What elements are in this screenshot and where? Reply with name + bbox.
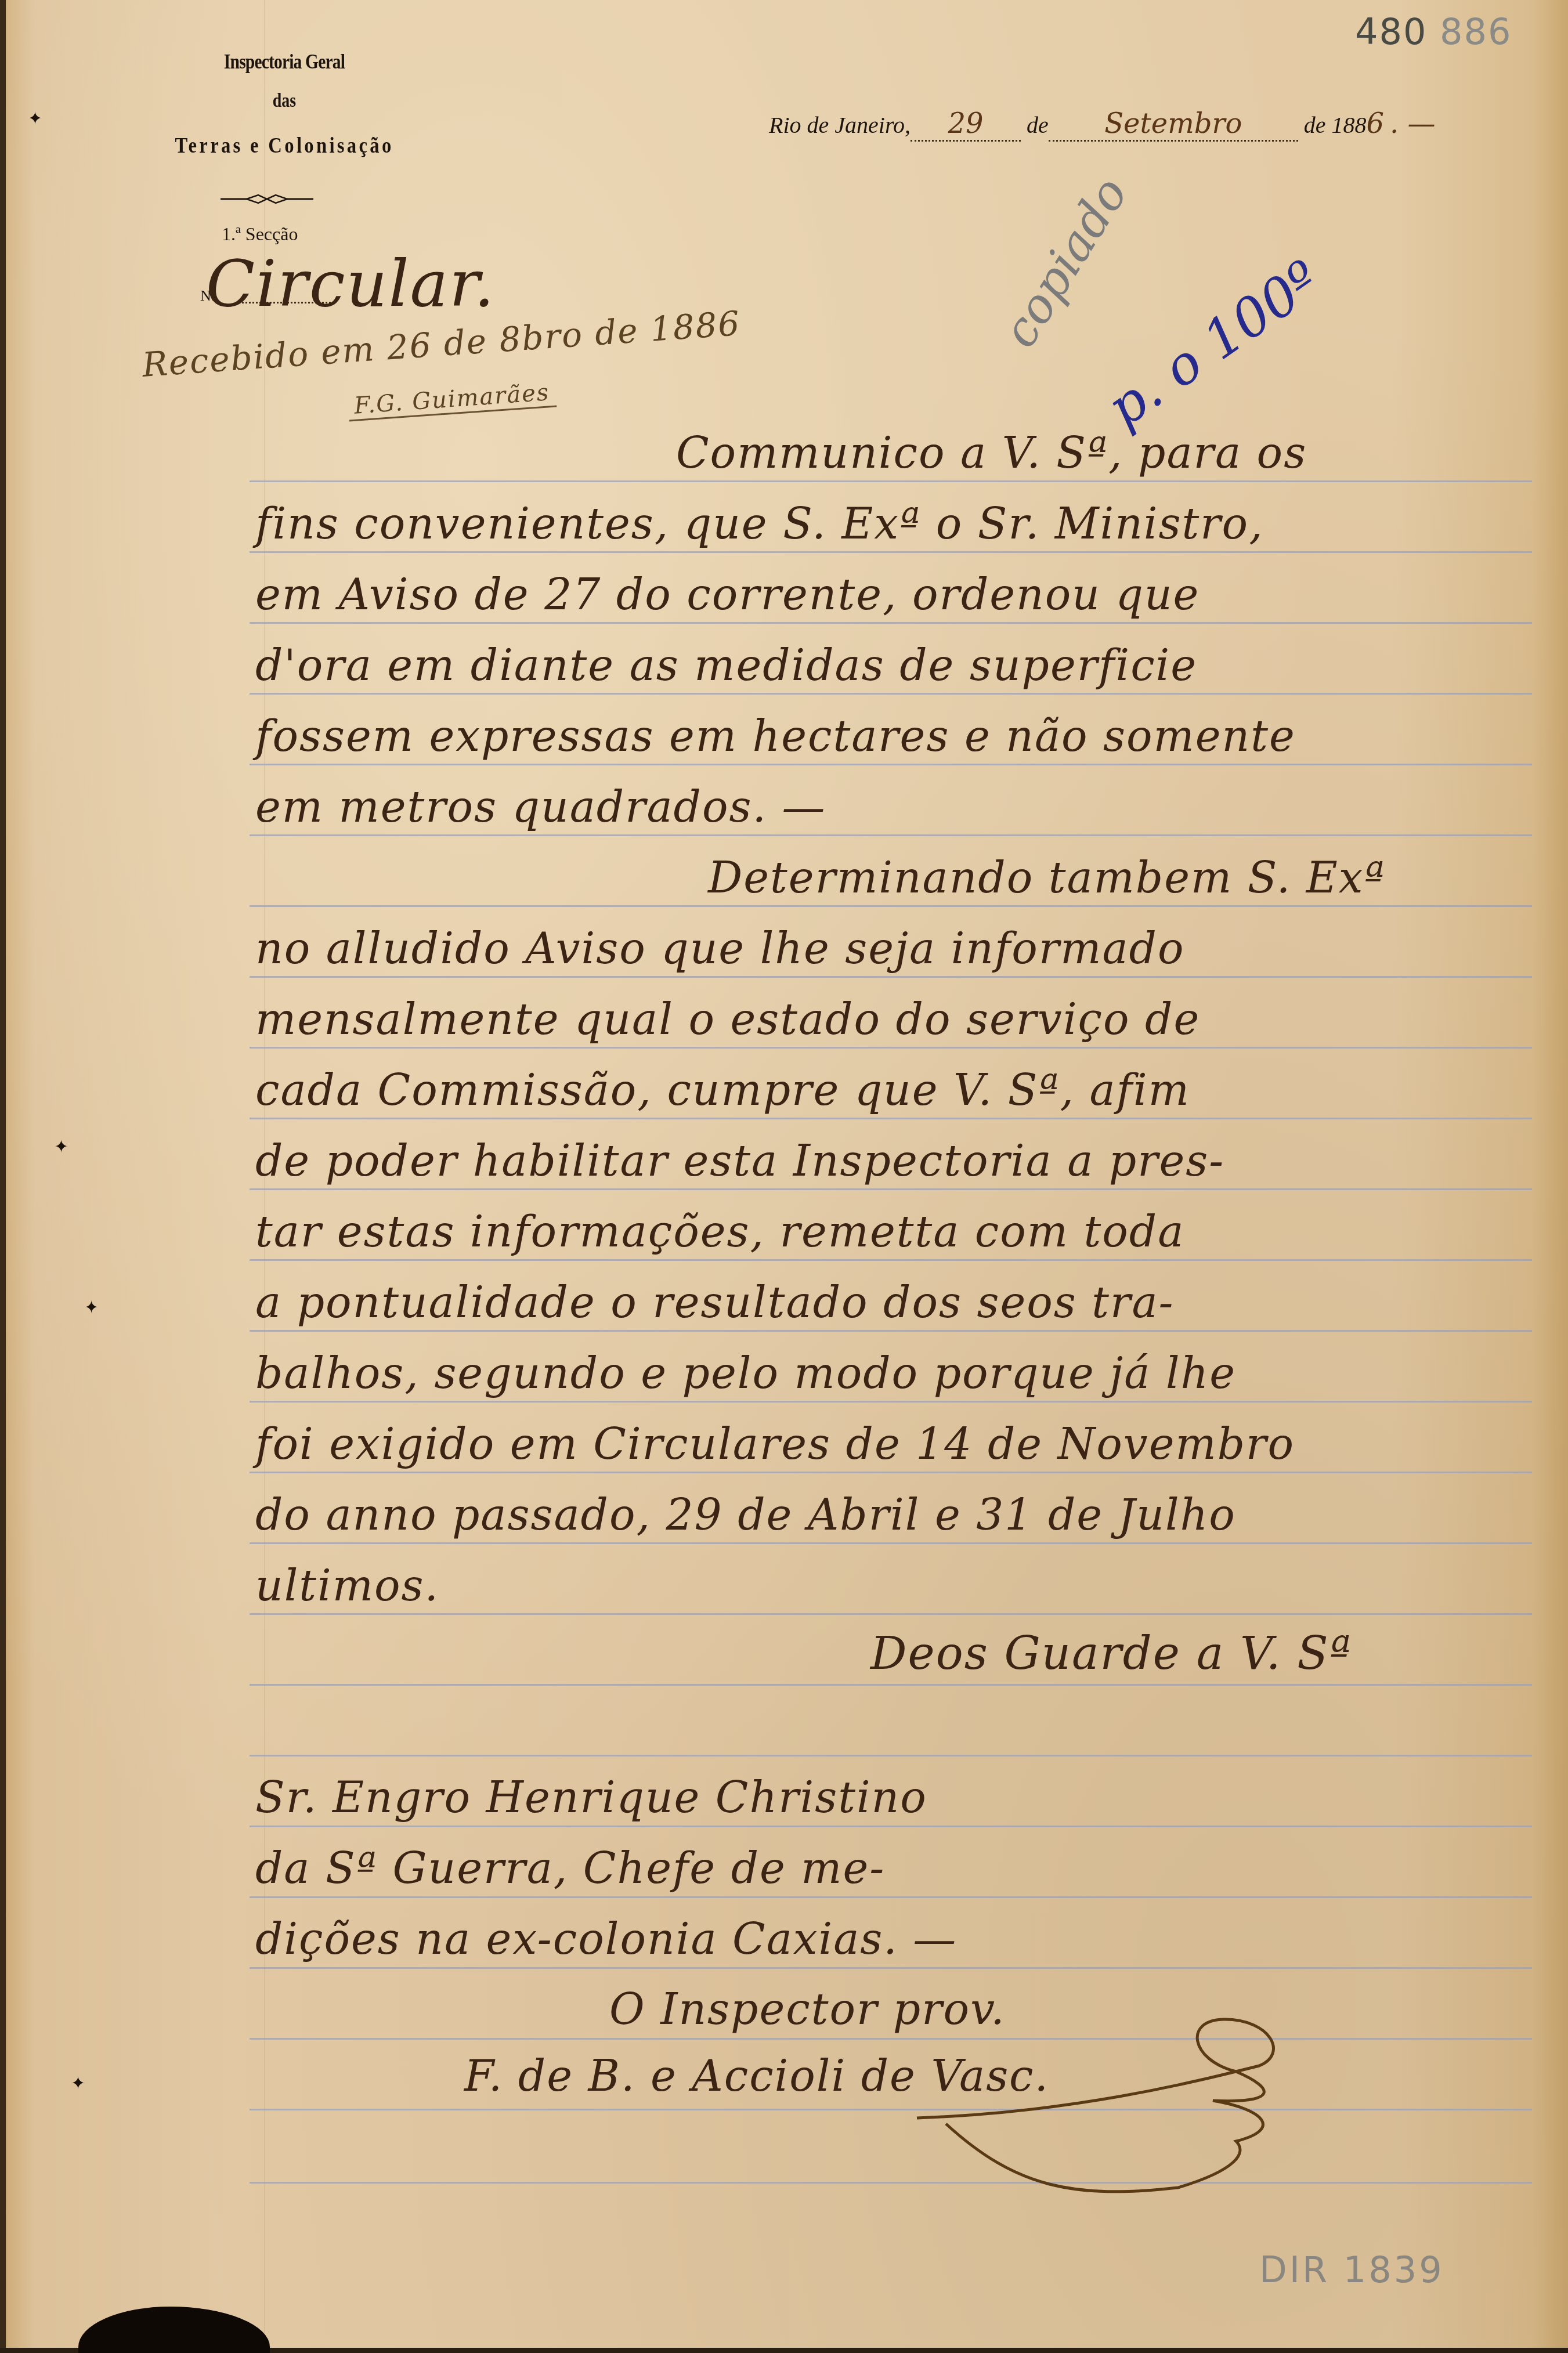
pencil-annotation-copiado: copiado <box>992 168 1139 357</box>
ruled-line <box>250 905 1532 907</box>
body-line: foi exigido em Circulares de 14 de Novem… <box>255 1419 1295 1469</box>
letterhead-line2: das <box>180 90 389 112</box>
body-line: fossem expressas em hectares e não somen… <box>255 711 1296 761</box>
body-line: Communico a V. Sª, para os <box>676 428 1307 478</box>
body-line: do anno passado, 29 de Abril e 31 de Jul… <box>255 1490 1236 1540</box>
document-type-title: Circular. <box>206 247 496 321</box>
ruled-line <box>250 622 1532 624</box>
received-note-signature: F.G. Guimarães <box>348 379 557 422</box>
body-line: a pontualidade o resultado dos seos tra- <box>255 1278 1175 1328</box>
ruled-line <box>250 1826 1532 1827</box>
addressee-line: da Sª Guerra, Chefe de me- <box>255 1844 885 1893</box>
body-line: mensalmente qual o estado do serviço de <box>255 995 1200 1044</box>
signature-flourish-icon <box>667 1996 1341 2240</box>
pin-hole: ✦ <box>28 114 38 124</box>
body-line: balhos, segundo e pelo modo porque já lh… <box>255 1349 1236 1398</box>
ruled-line <box>250 1330 1532 1332</box>
pin-hole: ✦ <box>71 2079 81 2089</box>
date-day: 29 <box>948 107 983 140</box>
date-year-written: 6 <box>1367 107 1385 140</box>
ruled-line <box>250 480 1532 482</box>
ruled-line <box>250 1259 1532 1261</box>
ruled-line <box>250 1401 1532 1403</box>
ruled-line <box>250 1472 1532 1473</box>
ruled-line <box>250 976 1532 978</box>
binding-edge <box>0 0 6 2348</box>
ruled-line <box>250 1684 1532 1686</box>
ruled-line <box>250 764 1532 765</box>
body-line: fins convenientes, que S. Exª o Sr. Mini… <box>255 499 1264 549</box>
letterhead-line3: Terras e Colonisação <box>175 133 394 158</box>
body-line: de poder habilitar esta Inspectoria a pr… <box>255 1136 1224 1186</box>
document-page: ✦ ✦ ✦ ✦ Inspectoria Geral das Terras e C… <box>0 0 1568 2348</box>
date-line: Rio de Janeiro,29 deSetembro de 1886 . — <box>769 107 1436 142</box>
date-trail: . — <box>1390 107 1436 140</box>
body-line: d'ora em diante as medidas de superficie <box>255 641 1197 691</box>
letterhead-line1: Inspectoria Geral <box>180 49 389 74</box>
ruled-line <box>250 1542 1532 1544</box>
pin-hole: ✦ <box>84 1303 95 1313</box>
addressee-line: Sr. Engro Henrique Christino <box>255 1773 927 1823</box>
ruled-line <box>250 834 1532 836</box>
ruled-line <box>250 1967 1532 1969</box>
ornament-divider-icon <box>221 193 313 205</box>
blue-ink-annotation: p. o 100º <box>1096 248 1332 439</box>
archive-number-top-dark: 480 <box>1355 10 1427 53</box>
ruled-line <box>250 1047 1532 1049</box>
body-line: em metros quadrados. — <box>255 782 826 832</box>
letterhead: Inspectoria Geral das Terras e Colonisaç… <box>157 49 412 158</box>
ruled-line <box>250 693 1532 695</box>
ruled-line <box>250 1896 1532 1898</box>
ruled-line <box>250 1188 1532 1190</box>
body-line: ultimos. <box>255 1561 439 1611</box>
body-line: em Aviso de 27 do corrente, ordenou que <box>255 570 1200 620</box>
date-place: Rio de Janeiro, <box>769 112 911 138</box>
body-line: no alludido Aviso que lhe seja informado <box>255 924 1184 974</box>
body-line: tar estas informações, remetta com toda <box>255 1207 1184 1257</box>
archive-number-bottom: DIR 1839 <box>1259 2249 1444 2291</box>
addressee-line: dições na ex-colonia Caxias. — <box>255 1914 957 1964</box>
ruled-line <box>250 1755 1532 1756</box>
body-line: Determinando tambem S. Exª <box>708 853 1386 903</box>
date-year-printed: 188 <box>1332 112 1367 138</box>
ruled-line <box>250 1118 1532 1119</box>
pin-hole: ✦ <box>54 1142 64 1152</box>
date-de1: de <box>1027 112 1049 138</box>
date-de2: de <box>1304 112 1326 138</box>
archive-number-top: 480 886 <box>1355 10 1512 53</box>
date-month: Setembro <box>1104 107 1242 140</box>
ruled-line <box>250 1613 1532 1615</box>
closing-salutation: Deos Guarde a V. Sª <box>870 1628 1352 1680</box>
section-label: 1.ª Secção <box>222 223 298 245</box>
body-line: cada Commissão, cumpre que V. Sª, afim <box>255 1065 1190 1115</box>
ruled-line <box>250 551 1532 553</box>
torn-corner <box>78 2307 270 2348</box>
archive-number-top-light: 886 <box>1440 10 1512 53</box>
